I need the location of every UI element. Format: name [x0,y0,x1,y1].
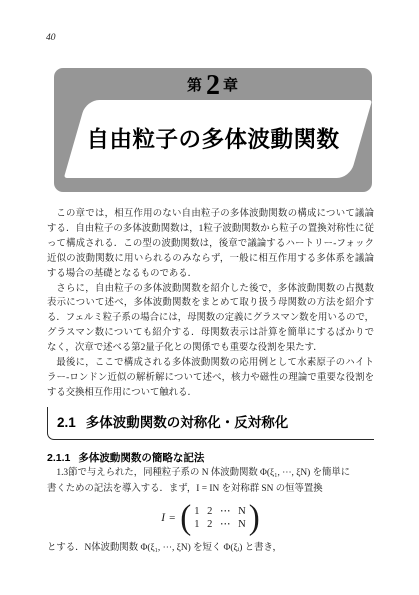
subsection-text-line-2: 書くための記法を導入する．まず，I = IN を対称群 SN の恒等置換 [47,482,374,498]
chapter-title: 自由粒子の多体波動関数 [54,126,372,154]
matrix-row-bottom: 1 2 ⋯ N [194,518,245,531]
equation-lhs: I [161,512,165,524]
permutation-matrix: 1 2 ⋯ N 1 2 ⋯ N [191,505,248,531]
subsection-text: 1.3節で与えられた，同種粒子系の N 体波動関数 Φ(ξ₁, ⋯, ξN) を… [47,466,374,498]
chapter-number: 2 [203,70,223,101]
intro-paragraph-3: 最後に，ここで構成される多体波動関数の応用例として水素原子のハイトラー-ロンドン… [47,356,374,401]
closing-line: とする．N体波動関数 Φ(ξ₁, ⋯, ξN) を短く Φ(ξᵢ) と書き， [47,541,374,557]
chapter-label: 第2章 [54,71,372,101]
subsection-title: 多体波動関数の簡略な記法 [78,452,204,464]
section-heading: 2.1多体波動関数の対称化・反対称化 [47,407,374,440]
section-number: 2.1 [57,415,76,430]
chapter-banner: 第2章 自由粒子の多体波動関数 [54,68,372,192]
left-parenthesis: ( [180,498,191,538]
book-page: 40 第2章 自由粒子の多体波動関数 この章では，相互作用のない自由粒子の多体波… [0,0,419,595]
matrix-row-top: 1 2 ⋯ N [194,505,245,518]
right-parenthesis: ) [249,498,260,538]
subsection-text-line-1: 1.3節で与えられた，同種粒子系の N 体波動関数 Φ(ξ₁, ⋯, ξN) を… [47,466,374,482]
equation-equals-sign: = [169,512,175,524]
subsection-heading: 2.1.1多体波動関数の簡略な記法 [47,450,204,465]
identity-permutation-equation: I = ( 1 2 ⋯ N 1 2 ⋯ N ) [47,499,374,537]
chapter-label-suffix: 章 [223,77,239,94]
intro-paragraph-1: この章では，相互作用のない自由粒子の多体波動関数の構成について議論する．自由粒子… [47,207,374,282]
subsection-number: 2.1.1 [47,452,70,464]
intro-text: この章では，相互作用のない自由粒子の多体波動関数の構成について議論する．自由粒子… [47,207,374,401]
section-title: 多体波動関数の対称化・反対称化 [86,415,289,430]
intro-paragraph-2: さらに，自由粒子の多体波動関数を紹介した後で，多体波動関数の占拠数表示について述… [47,282,374,357]
chapter-label-prefix: 第 [187,77,203,94]
page-number: 40 [46,33,56,43]
